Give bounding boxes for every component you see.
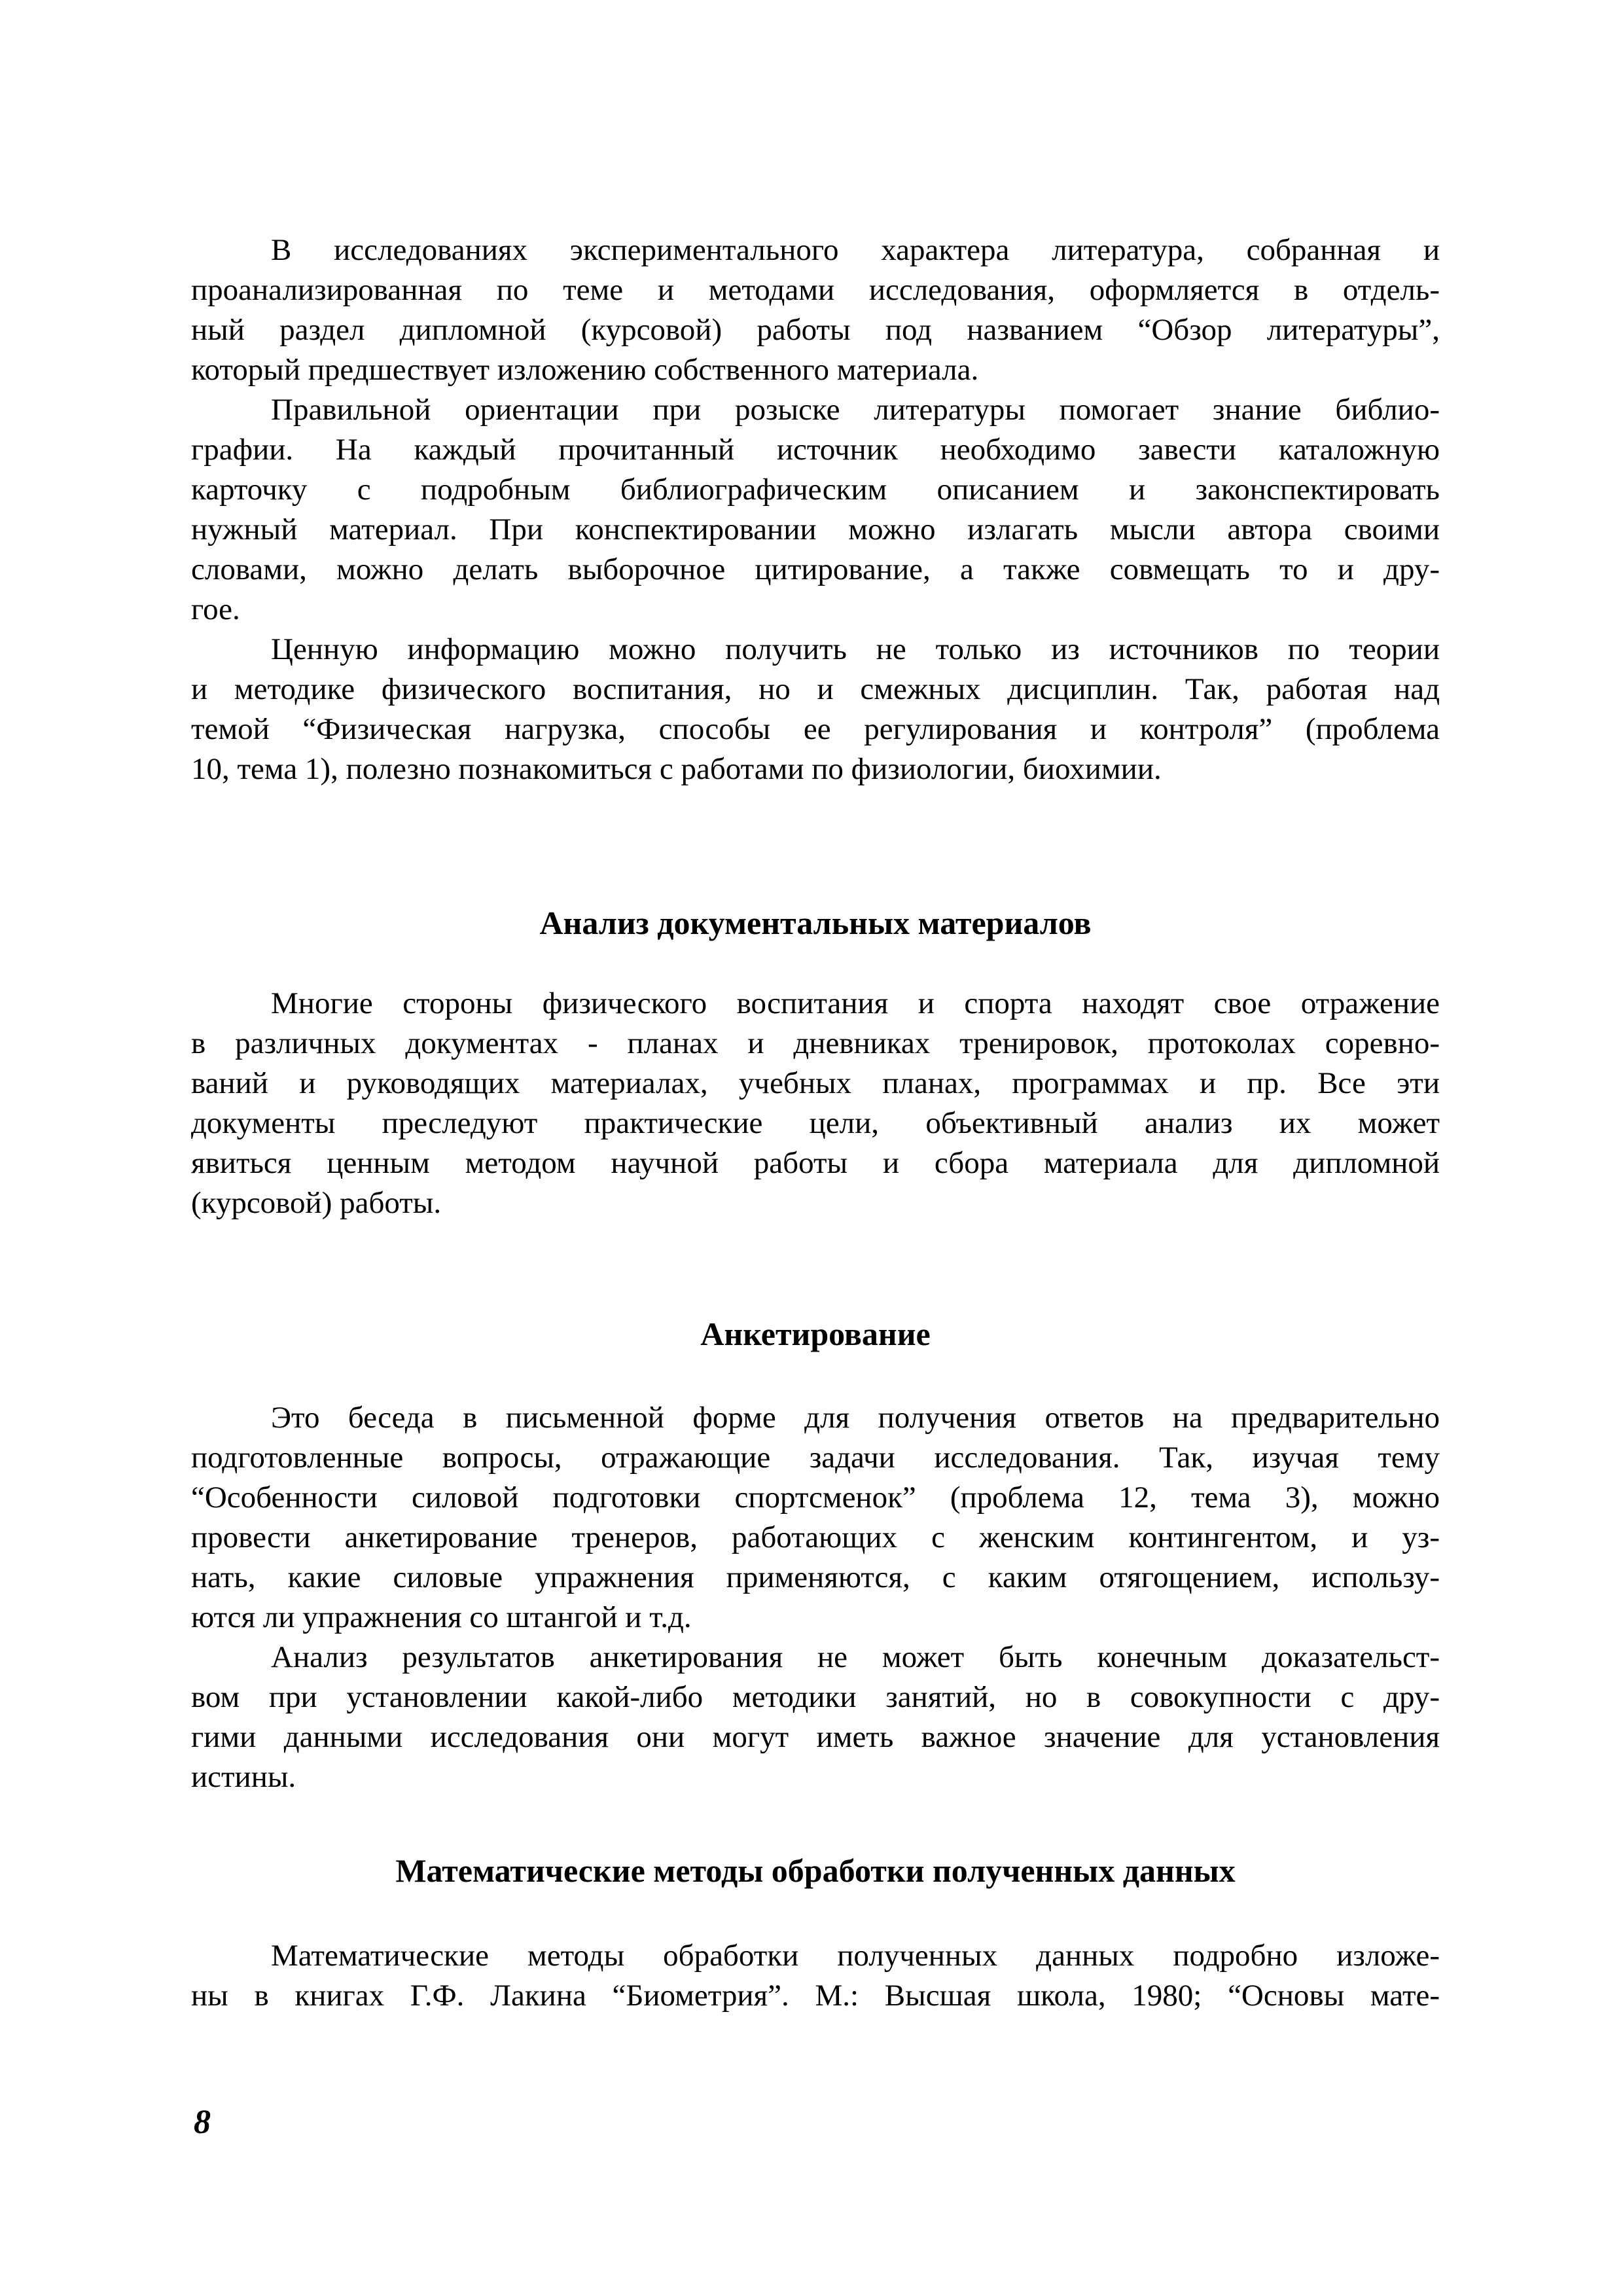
text-line: Многие стороны физического воспитания и … (191, 984, 1440, 1024)
section-heading-survey: Анкетирование (191, 1314, 1440, 1354)
text-line: 10, тема 1), полезно познакомиться с раб… (191, 749, 1440, 789)
text-line: Правильной ориентации при розыске литера… (191, 390, 1440, 430)
text-line: истины. (191, 1757, 1440, 1797)
text-line: ный раздел дипломной (курсовой) работы п… (191, 310, 1440, 350)
text-line: подготовленные вопросы, отражающие задач… (191, 1438, 1440, 1478)
text-line: явиться ценным методом научной работы и … (191, 1143, 1440, 1183)
text-line: В исследованиях экспериментального харак… (191, 230, 1440, 270)
text-line: Ценную информацию можно получить не толь… (191, 630, 1440, 670)
text-line: графии. На каждый прочитанный источник н… (191, 430, 1440, 470)
text-line: провести анкетирование тренеров, работаю… (191, 1518, 1440, 1558)
section-heading-documents: Анализ документальных материалов (191, 903, 1440, 943)
text-line: Анализ результатов анкетирования не може… (191, 1638, 1440, 1677)
paragraph-literature-review: В исследованиях экспериментального харак… (191, 230, 1440, 390)
paragraph-documents: Многие стороны физического воспитания и … (191, 984, 1440, 1223)
text-line: Это беседа в письменной форме для получе… (191, 1398, 1440, 1438)
paragraph-related-disciplines: Ценную информацию можно получить не толь… (191, 630, 1440, 789)
text-line: проанализированная по теме и методами ис… (191, 270, 1440, 310)
paragraph-math-methods: Математические методы обработки полученн… (191, 1936, 1440, 2016)
text-line: “Особенности силовой подготовки спортсме… (191, 1478, 1440, 1518)
paragraph-bibliography: Правильной ориентации при розыске литера… (191, 390, 1440, 630)
text-line: нужный материал. При конспектировании мо… (191, 510, 1440, 550)
section-heading-math-methods: Математические методы обработки полученн… (191, 1851, 1440, 1891)
text-line: ны в книгах Г.Ф. Лакина “Биометрия”. М.:… (191, 1976, 1440, 2016)
text-line: гое. (191, 590, 1440, 630)
text-line: ются ли упражнения со штангой и т.д. (191, 1598, 1440, 1638)
text-line: карточку с подробным библиографическим о… (191, 470, 1440, 510)
paragraph-survey-analysis: Анализ результатов анкетирования не може… (191, 1638, 1440, 1797)
text-line: который предшествует изложению собственн… (191, 350, 1440, 390)
text-line: вом при установлении какой-либо методики… (191, 1677, 1440, 1717)
text-line: темой “Физическая нагрузка, способы ее р… (191, 709, 1440, 749)
text-line: (курсовой) работы. (191, 1183, 1440, 1223)
text-line: документы преследуют практические цели, … (191, 1103, 1440, 1143)
text-line: ваний и руководящих материалах, учебных … (191, 1064, 1440, 1103)
page-number: 8 (194, 2102, 211, 2142)
text-line: Математические методы обработки полученн… (191, 1936, 1440, 1976)
text-line: словами, можно делать выборочное цитиров… (191, 550, 1440, 590)
text-line: гими данными исследования они могут имет… (191, 1717, 1440, 1757)
text-line: в различных документах - планах и дневни… (191, 1024, 1440, 1064)
paragraph-survey-definition: Это беседа в письменной форме для получе… (191, 1398, 1440, 1638)
text-line: и методике физического воспитания, но и … (191, 670, 1440, 709)
text-line: нать, какие силовые упражнения применяют… (191, 1558, 1440, 1598)
